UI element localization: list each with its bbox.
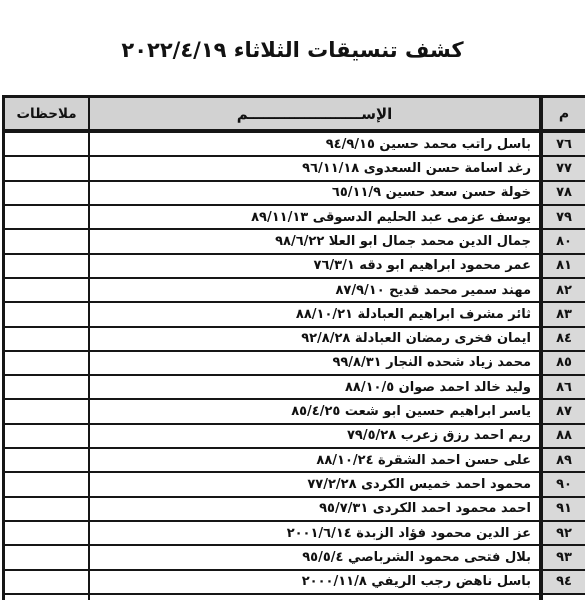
row-name-cell [88,595,539,600]
row-number-cell: ٩٤ [539,571,585,593]
row-number-cell: ٩٠ [539,473,585,495]
page-title: كشف تنسيقات الثلاثاء ٢٠٢٢/٤/١٩ [0,38,585,62]
row-notes-cell [5,546,88,568]
table-row: ٧٩ يوسف عزمى عبد الحليم الدسوقى ٨٩/١١/١٣ [5,206,585,230]
column-header-number: م [539,98,585,129]
row-name-cell: جمال الدين محمد جمال ابو العلا ٩٨/٦/٢٢ [88,230,539,252]
row-number-cell: ٩٢ [539,522,585,544]
row-notes-cell [5,230,88,252]
table-row: ٩١ احمد محمود احمد الكردى ٩٥/٧/٣١ [5,498,585,522]
row-number-cell: ٨٣ [539,303,585,325]
table-row: ٧٨ خولة حسن سعد حسين ٦٥/١١/٩ [5,182,585,206]
row-name-cell: باسل ناهض رجب الريفي ٢٠٠٠/١١/٨ [88,571,539,593]
row-name-cell: ريم احمد رزق زعرب ٧٩/٥/٢٨ [88,425,539,447]
column-header-notes: ملاحظات [5,98,88,129]
row-name-cell: ايمان فخرى رمضان العبادلة ٩٢/٨/٢٨ [88,328,539,350]
row-notes-cell [5,182,88,204]
table-rows: ٧٦ باسل راتب محمد حسين ٩٤/٩/١٥ ٧٧ رغد اس… [5,133,585,595]
row-notes-cell [5,328,88,350]
row-number-cell: ٧٩ [539,206,585,228]
row-name-cell: وليد خالد احمد صوان ٨٨/١٠/٥ [88,376,539,398]
row-name-cell: محمد زياد شحده النجار ٩٩/٨/٣١ [88,352,539,374]
row-notes-cell [5,303,88,325]
row-notes-cell [5,595,88,600]
table-row: ٨٠ جمال الدين محمد جمال ابو العلا ٩٨/٦/٢… [5,230,585,254]
row-number-cell: ٧٧ [539,157,585,179]
row-name-cell: على حسن احمد الشقرة ٨٨/١٠/٢٤ [88,449,539,471]
row-number-cell: ٨٦ [539,376,585,398]
row-number-cell: ٩١ [539,498,585,520]
row-number-cell: ٨٤ [539,328,585,350]
row-notes-cell [5,522,88,544]
table-row: ٨٧ ياسر ابراهيم حسين ابو شعت ٨٥/٤/٢٥ [5,400,585,424]
table-row: ٩٢ عز الدين محمود فؤاد الزبدة ٢٠٠١/٦/١٤ [5,522,585,546]
row-name-cell: خولة حسن سعد حسين ٦٥/١١/٩ [88,182,539,204]
table-row: ٧٧ رغد اسامة حسن السعدوى ٩٦/١١/١٨ [5,157,585,181]
table-row-partial [5,595,585,600]
table-row: ٨٢ مهند سمير محمد قديح ٨٧/٩/١٠ [5,279,585,303]
row-name-cell: رغد اسامة حسن السعدوى ٩٦/١١/١٨ [88,157,539,179]
row-notes-cell [5,571,88,593]
row-name-cell: باسل راتب محمد حسين ٩٤/٩/١٥ [88,133,539,155]
row-name-cell: احمد محمود احمد الكردى ٩٥/٧/٣١ [88,498,539,520]
row-number-cell: ٩٣ [539,546,585,568]
table-row: ٨٣ ثائر مشرف ابراهيم العبادلة ٨٨/١٠/٢١ [5,303,585,327]
row-number-cell: ٧٨ [539,182,585,204]
table-row: ٨٦ وليد خالد احمد صوان ٨٨/١٠/٥ [5,376,585,400]
table-row: ٩٣ بلال فتحى محمود الشرباصي ٩٥/٥/٤ [5,546,585,570]
row-notes-cell [5,376,88,398]
row-number-cell: ٨٢ [539,279,585,301]
row-notes-cell [5,279,88,301]
row-name-cell: بلال فتحى محمود الشرباصي ٩٥/٥/٤ [88,546,539,568]
row-number-cell: ٨٩ [539,449,585,471]
row-notes-cell [5,352,88,374]
row-name-cell: عمر محمود ابراهيم ابو دقه ٧٦/٣/١ [88,255,539,277]
table-row: ٩٤ باسل ناهض رجب الريفي ٢٠٠٠/١١/٨ [5,571,585,595]
row-notes-cell [5,133,88,155]
row-name-cell: مهند سمير محمد قديح ٨٧/٩/١٠ [88,279,539,301]
table-row: ٩٠ محمود احمد خميس الكردى ٧٧/٢/٢٨ [5,473,585,497]
row-number-cell [539,595,585,600]
table-row: ٨١ عمر محمود ابراهيم ابو دقه ٧٦/٣/١ [5,255,585,279]
row-number-cell: ٨٨ [539,425,585,447]
column-header-name: الإســــــــــــــــــــــم [88,98,539,129]
table-row: ٨٥ محمد زياد شحده النجار ٩٩/٨/٣١ [5,352,585,376]
row-number-cell: ٨٧ [539,400,585,422]
row-notes-cell [5,255,88,277]
scanned-document-page: كشف تنسيقات الثلاثاء ٢٠٢٢/٤/١٩ م الإســـ… [0,0,585,600]
row-notes-cell [5,157,88,179]
row-number-cell: ٧٦ [539,133,585,155]
table-row: ٨٩ على حسن احمد الشقرة ٨٨/١٠/٢٤ [5,449,585,473]
row-notes-cell [5,400,88,422]
row-name-cell: ياسر ابراهيم حسين ابو شعت ٨٥/٤/٢٥ [88,400,539,422]
row-notes-cell [5,425,88,447]
row-notes-cell [5,449,88,471]
row-name-cell: ثائر مشرف ابراهيم العبادلة ٨٨/١٠/٢١ [88,303,539,325]
table-row: ٨٨ ريم احمد رزق زعرب ٧٩/٥/٢٨ [5,425,585,449]
row-number-cell: ٨٠ [539,230,585,252]
table-row: ٧٦ باسل راتب محمد حسين ٩٤/٩/١٥ [5,133,585,157]
roster-table: م الإســــــــــــــــــــــم ملاحظات ٧٦… [2,95,585,600]
row-name-cell: عز الدين محمود فؤاد الزبدة ٢٠٠١/٦/١٤ [88,522,539,544]
row-number-cell: ٨٥ [539,352,585,374]
row-notes-cell [5,473,88,495]
row-notes-cell [5,498,88,520]
row-notes-cell [5,206,88,228]
row-name-cell: محمود احمد خميس الكردى ٧٧/٢/٢٨ [88,473,539,495]
table-row: ٨٤ ايمان فخرى رمضان العبادلة ٩٢/٨/٢٨ [5,328,585,352]
row-name-cell: يوسف عزمى عبد الحليم الدسوقى ٨٩/١١/١٣ [88,206,539,228]
row-number-cell: ٨١ [539,255,585,277]
table-header-row: م الإســــــــــــــــــــــم ملاحظات [5,98,585,133]
